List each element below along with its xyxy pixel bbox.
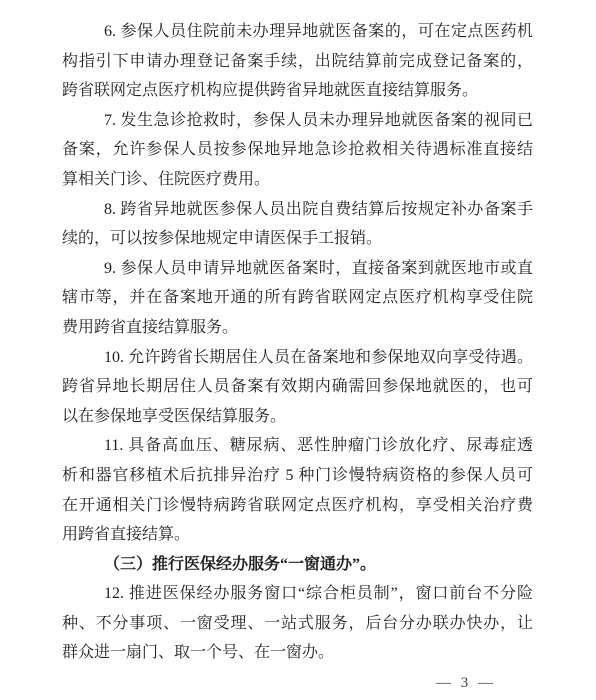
paragraph-item-6: 6. 参保人员住院前未办理异地就医备案的，可在定点医药机 构指引下申请办理登记备…	[62, 17, 533, 106]
text-line: 10. 允许跨省长期居住人员在备案地和参保地双向享受待遇。	[62, 343, 533, 373]
text-line: 算相关门诊、住院医疗费用。	[62, 165, 533, 195]
text-line: 用跨省直接结算。	[62, 520, 533, 550]
text-line: 构指引下申请办理登记备案手续，出院结算前完成登记备案的，	[62, 47, 533, 77]
paragraph-item-12: 12. 推进医保经办服务窗口“综合柜员制”，窗口前台不分险 种、不分事项、一窗受…	[62, 579, 533, 668]
text-line: 辖市等，并在备案地开通的所有跨省联网定点医疗机构享受住院	[62, 283, 533, 313]
paragraph-item-7: 7. 发生急诊抢救时，参保人员未办理异地就医备案的视同已 备案，允许参保人员按参…	[62, 106, 533, 195]
text-line: 在开通相关门诊慢特病跨省联网定点医疗机构，享受相关治疗费	[62, 491, 533, 521]
paragraph-item-11: 11. 具备高血压、糖尿病、恶性肿瘤门诊放化疗、尿毒症透 析和器官移植术后抗排异…	[62, 431, 533, 549]
page-number: — 3 —	[436, 671, 496, 695]
text-line: 跨省异地长期居住人员备案有效期内确需回参保地就医的，也可	[62, 372, 533, 402]
paragraph-item-10: 10. 允许跨省长期居住人员在备案地和参保地双向享受待遇。 跨省异地长期居住人员…	[62, 343, 533, 432]
document-page-body: 6. 参保人员住院前未办理异地就医备案的，可在定点医药机 构指引下申请办理登记备…	[62, 17, 533, 668]
paragraph-item-9: 9. 参保人员申请异地就医备案时，直接备案到就医地市或直 辖市等，并在备案地开通…	[62, 254, 533, 343]
text-line: 12. 推进医保经办服务窗口“综合柜员制”，窗口前台不分险	[62, 579, 533, 609]
text-line: 11. 具备高血压、糖尿病、恶性肿瘤门诊放化疗、尿毒症透	[62, 431, 533, 461]
paragraph-item-8: 8. 跨省异地就医参保人员出院自费结算后按规定补办备案手 续的，可以按参保地规定…	[62, 195, 533, 254]
section-heading-text: （三）推行医保经办服务“一窗通办”。	[62, 550, 533, 580]
text-line: 备案，允许参保人员按参保地异地急诊抢救相关待遇标准直接结	[62, 135, 533, 165]
text-line: 种、不分事项、一窗受理、一站式服务，后台分办联办快办，让	[62, 609, 533, 639]
text-line: 6. 参保人员住院前未办理异地就医备案的，可在定点医药机	[62, 17, 533, 47]
text-line: 续的，可以按参保地规定申请医保手工报销。	[62, 224, 533, 254]
text-line: 7. 发生急诊抢救时，参保人员未办理异地就医备案的视同已	[62, 106, 533, 136]
text-line: 9. 参保人员申请异地就医备案时，直接备案到就医地市或直	[62, 254, 533, 284]
text-line: 费用跨省直接结算服务。	[62, 313, 533, 343]
text-line: 跨省联网定点医疗机构应提供跨省异地就医直接结算服务。	[62, 76, 533, 106]
text-line: 群众进一扇门、取一个号、在一窗办。	[62, 638, 533, 668]
text-line: 8. 跨省异地就医参保人员出院自费结算后按规定补办备案手	[62, 195, 533, 225]
text-line: 析和器官移植术后抗排异治疗 5 种门诊慢特病资格的参保人员可	[62, 461, 533, 491]
text-line: 以在参保地享受医保结算服务。	[62, 402, 533, 432]
section-heading-3: （三）推行医保经办服务“一窗通办”。	[62, 550, 533, 580]
